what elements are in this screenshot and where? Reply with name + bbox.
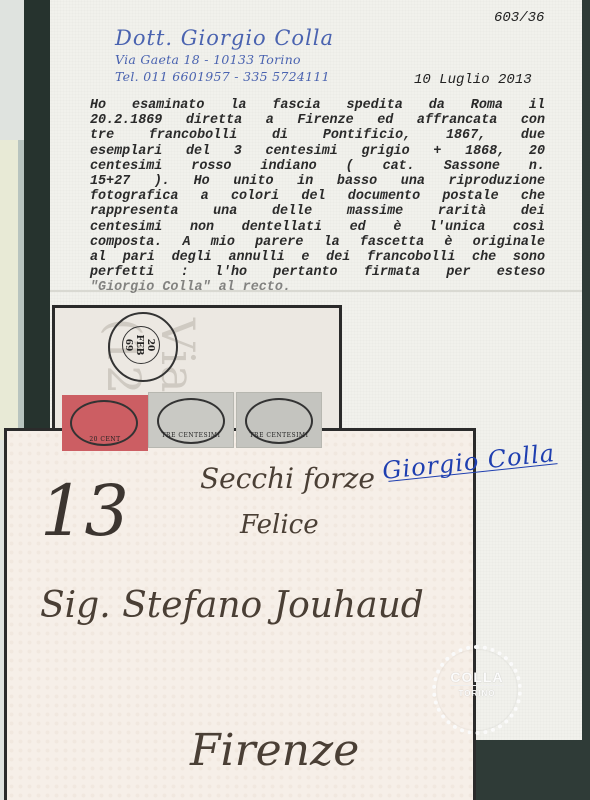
certificate-number: 603/36: [494, 10, 544, 26]
letterhead-phone: Tel. 011 6601957 - 335 5724111: [115, 69, 334, 84]
postmark: 20 FEB 69: [108, 312, 178, 382]
certificate-text-line: rappresenta una delle massime rarità dei: [90, 204, 545, 219]
certificate-text-line: composta. A mio parere la fascetta è ori…: [90, 235, 545, 250]
certificate-text-line: al pari degli annulli e dei francobolli …: [90, 250, 545, 265]
handwritten-rate: 13: [40, 470, 129, 552]
handwritten-sender: Secchi forze: [200, 462, 375, 495]
stamp-3-cent-grey: TRE CENTESIMI: [236, 392, 322, 448]
handwritten-sender-2: Felice: [240, 510, 319, 540]
handwritten-destination: Firenze: [190, 725, 359, 776]
certificate-text: Ho esaminato la fascia spedita da Roma i…: [90, 98, 545, 296]
certificate-text-line: tre francobolli di Pontificio, 1867, due: [90, 128, 545, 143]
stamp-20-cent-red: 20 CENT: [62, 395, 148, 451]
certificate-text-line: Ho esaminato la fascia spedita da Roma i…: [90, 98, 545, 113]
certificate-text-line: "Giorgio Colla" al recto.: [90, 280, 545, 295]
certificate-text-line: esemplari del 3 centesimi grigio + 1868,…: [90, 144, 545, 159]
album-background: [24, 0, 50, 440]
letterhead: Dott. Giorgio Colla Via Gaeta 18 - 10133…: [115, 26, 334, 84]
postmark-date: 20 FEB 69: [122, 326, 160, 364]
embossed-seal: COLLA TORINO: [432, 645, 522, 735]
certificate-text-line: centesimi non dentellati ed è l'unica co…: [90, 220, 545, 235]
certificate-text-line: perfetti : l'ho pertanto firmata per est…: [90, 265, 545, 280]
letterhead-name: Dott. Giorgio Colla: [115, 26, 334, 50]
certificate-text-line: 20.2.1869 diretta a Firenze ed affrancat…: [90, 113, 545, 128]
certificate-text-line: centesimi rosso indiano ( cat. Sassone n…: [90, 159, 545, 174]
letterhead-address: Via Gaeta 18 - 10133 Torino: [115, 52, 334, 67]
certificate-date: 10 Luglio 2013: [414, 72, 532, 88]
certificate-text-line: 15+27 ). Ho unito in basso una riproduzi…: [90, 174, 545, 189]
certificate-text-line: fotografica a colori del documento posta…: [90, 189, 545, 204]
handwritten-addressee: Sig. Stefano Jouhaud: [40, 585, 424, 626]
stamp-3-cent-grey: TRE CENTESIMI: [148, 392, 234, 448]
